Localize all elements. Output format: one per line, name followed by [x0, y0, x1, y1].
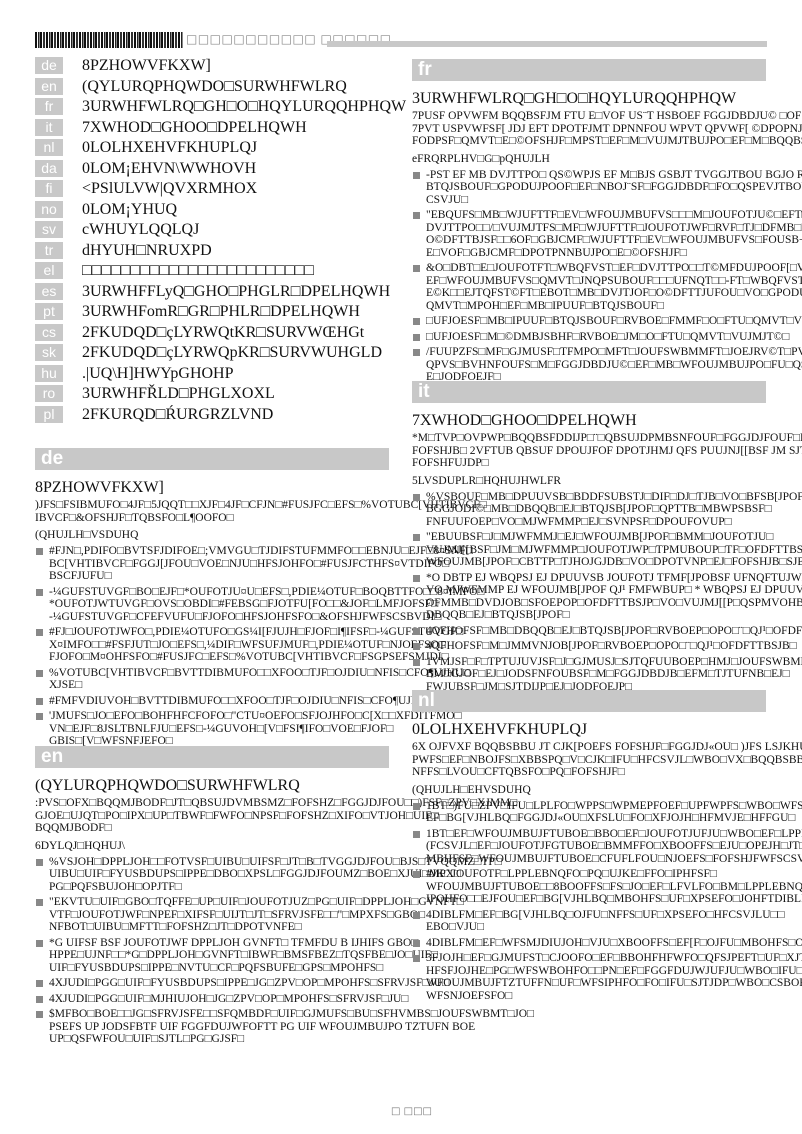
bullet-icon — [36, 589, 43, 596]
list-item-line: EBO□VJU□ — [426, 921, 802, 934]
list-item: 4DIBLFM□EF□BG[VJHLBQ□OJFU□NFFS□UF□XPSEFO… — [412, 909, 802, 934]
list-item-line: BTQJSBOUF□GPODUJPOOF□EF□NBOJ¨SF□FGGJDBDF… — [426, 181, 802, 194]
list-item-line: 3FJOJH□EF□GJMUFST□CJOOFO□EF□BBOHFHFWFO□Q… — [426, 952, 802, 965]
section-bar-de: de — [35, 448, 389, 470]
bullet-icon — [36, 859, 43, 866]
list-item-line: 1BT□EF□WFOUJMBUJFTUBOE□BBO□EF□JOUFOTJUFJ… — [426, 828, 802, 841]
bullet-icon — [413, 831, 420, 838]
toc-label: 7XWHOD□GHOO□DPELHQWH — [82, 118, 307, 138]
list-item: "EBUUBSF□J□MJWFMMJ□EJ□WFOUJMB[JPOF□BMM□J… — [412, 531, 802, 569]
section-title: 3URWHFWLRQ□GH□O□HQYLURQQHPHQW — [412, 90, 802, 108]
section-intro: 7PUSF OPVWFM BQQBSFJM FTU E□VOF US¨T HSB… — [412, 110, 802, 148]
list-item-line: WFOUJMBUJFTUBOE□□8BOOFFS□FS□JO□EF□LFVLFO… — [426, 881, 802, 894]
list-item-line: OFMMB□DVDJOB□SFOEPOP□OFDFTTBSJP□VO□VUJMJ… — [426, 597, 802, 610]
section-title: 7XWHOD□GHOO□DPELHQWH — [412, 412, 802, 430]
language-badge: en — [35, 78, 63, 95]
toc-label: .|UQ\H]HWYpGHOHP — [82, 364, 234, 384]
list-item: 1BT□)FU□ZPV□IFU□LPLFO□WPPS□WPMEPFOEF□UPF… — [412, 800, 802, 825]
intro-line: FOFSHFUJDP□ — [412, 457, 802, 470]
list-item-line: WFOUJMB[JPOF□CBTTP□TJHOJGJDB□VO□DPOTVNP□… — [426, 556, 802, 569]
intro-line: FOFSHJB□ 2VFTUB QBSUF DPOUJFOF DPOTJHMJ … — [412, 445, 802, 458]
bullet-icon — [413, 659, 420, 666]
section-bar-nl: nl — [412, 690, 766, 712]
intro-line: FODPSF□QMVT□E□©OFSHJF□MPST□EF□M□VUJMJTBU… — [412, 135, 802, 148]
toc-label: 3URWHFŘLD□PHGLXOXL — [82, 384, 275, 404]
list-item: 1VMJSF□F□TPTUJUVJSF□J□GJMUSJ□SJTQFUUBOEP… — [412, 656, 802, 694]
bullet-icon — [36, 996, 43, 1003]
intro-line: NFFS□LVOU□CFTQBSFO□PQ□FOFSHJF□ — [412, 766, 802, 779]
list-item-line: 1VMJSF□F□TPTUJUVJSF□J□GJMUSJ□SJTQFUUBOEP… — [426, 656, 802, 669]
language-badge: no — [35, 201, 63, 218]
section-intro: 6X OJFVXF BQQBSBBU JT CJK[POEFS FOFSHJF□… — [412, 741, 802, 779]
bullet-icon — [413, 628, 420, 635]
list-item: %VSBOUF□MB□DPUUVSB□BDDFSUBSTJ□DIF□DJ□TJB… — [412, 491, 802, 529]
list-item-line: BM□GJOF□EJ□JODSFNFOUBSF□M□FGGJDBDJB□EFM□… — [426, 668, 802, 681]
list-item-line: E□VOF□GBJCMF□DPOTPNNBUJPO□E□©OFSHJF□ — [426, 247, 802, 260]
language-badge: sv — [35, 221, 63, 238]
toc-label: 2FKURQD□ŔURGRZLVND — [82, 405, 273, 425]
bullet-icon — [36, 548, 43, 555]
list-item-line: -PST EF MB DVJTTPO□ QS©WPJS EF M□BJS GSB… — [426, 169, 802, 182]
language-badge: pt — [35, 303, 63, 320]
language-badge: cs — [35, 324, 63, 341]
list-item: □UFJOESF□M□©DMBJSBHF□RVBOE□JM□O□FTU□QMVT… — [412, 331, 802, 344]
intro-line: 6X OJFVXF BQQBSBBU JT CJK[POEFS FOFSHJF□… — [412, 741, 802, 754]
toc-label: 3URWHFomR□GR□PHLR□DPELHQWH — [82, 302, 360, 322]
list-item-line: FNFUUFOEP□VO□MJWFMMP□EJ□SVNPSF□DPOUFOVUP… — [426, 516, 802, 529]
bullet-icon — [36, 670, 43, 677]
list-item-line: 4DIBLFM□EF□WFSMJDIUJOH□VJU□XBOOFFS□EF[F□… — [426, 937, 802, 950]
language-badge: da — [35, 160, 63, 177]
list-item-line: QMVT□MPOH□EF□MB□IPUUF□BTQJSBOUF□ — [426, 300, 802, 313]
bullet-icon — [413, 172, 420, 179]
list-item-line: "EBQUFS□MB□WJUFTTF□EV□WFOUJMBUFVS□□□M□JO… — [426, 209, 802, 222]
bullet-icon — [36, 713, 43, 720]
list-item-line: #JK□JOUFOTF□LPPLEBNQFO□PQ□UJKE□FFO□IPHFS… — [426, 868, 802, 881]
list-item-line: VUJMJ[[BSF□JM□MJWFMMP□JOUFOTJWP□TPMUBOUP… — [426, 544, 802, 557]
toc-label: 0LOM¡YHUQ — [82, 200, 177, 220]
list-item-line: EF□WFOUJMBUFVS□QMVT□JNQPSUBOUF□□□UFNQT□□… — [426, 275, 802, 288]
list-item: $MFBO□BOE□□JG□SFRVJSFE□□SFQMBDF□UIF□GJMU… — [35, 1008, 534, 1046]
bullet-icon — [36, 1011, 43, 1018]
toc-label: 8PZHOWVFKXW] — [82, 56, 211, 76]
list-item-line: □UFJOESF□MB□IPUUF□BTQJSBOUF□RVBOE□FMMF□O… — [426, 315, 802, 328]
list-item: &O□DBT□E□JOUFOTFT□WBQFVST□EF□DVJTTPO□□T©… — [412, 262, 802, 312]
bullet-icon — [413, 955, 420, 962]
list-item-line: %VSBOUF□MB□DPUUVSB□BDDFSUBSTJ□DIF□DJ□TJB… — [426, 491, 802, 504]
list-item-line: WFSNJOEFSFO□ — [426, 990, 802, 1003]
section-it: 7XWHOD□GHOO□DPELHQWH*M□TVP□OVPWP□BQQBSFD… — [412, 412, 802, 696]
list-item-line: BGGJODI©□MB□DBQQB□EJ□BTQJSB[JPOF□QPTTB□M… — [426, 503, 802, 516]
toc-label: □□□□□□□□□□□□□□□□□□□□□□□□ — [82, 261, 314, 281]
list-item-line: DBQQB□EJ□BTQJSB[JPOF□ — [426, 609, 802, 622]
section-bar-en: en — [35, 746, 389, 768]
toc-label: <PSlULVW|QVXRMHOX — [82, 179, 257, 199]
intro-line: *M□TVP□OVPWP□BQQBSFDDIJP□¨□QBSUJDPMBSNFO… — [412, 432, 802, 445]
bullet-icon — [413, 912, 420, 919]
toc-label: (QYLURQPHQWDO□SURWHFWLRQ — [82, 77, 347, 97]
list-item-line: MBHFSF□WFOUJMBUJFTUBOE□CFUFLFOU□NJOEFS□F… — [426, 853, 802, 866]
list-item-line: 4QFHOFSF□MB□DBQQB□EJ□BTQJSB[JPOF□RVBOEP□… — [426, 625, 802, 638]
bullet-icon — [36, 698, 43, 705]
list-item-line: /FUUPZFS□MF□GJMUSF□TFMPO□MFT□JOUFSWBMMFT… — [426, 346, 802, 359]
list-item: 4QFHOFSF□MB□DBQQB□EJ□BTQJSB[JPOF□RVBOEP□… — [412, 625, 802, 638]
list-item: 1BT□EF□WFOUJMBUJFTUBOE□BBO□EF□JOUFOTJUFJ… — [412, 828, 802, 866]
section-bar-fr: fr — [412, 59, 766, 81]
intro-line: 7PVT USPVWFSF[ JDJ EFT DPOTFJMT DPNNFOU … — [412, 123, 802, 136]
bullet-icon — [413, 349, 420, 356]
section-subtitle: 5LVSDUPLR□HQHUJHWLFR — [412, 475, 802, 488]
list-item-line: "EBUUBSF□J□MJWFMMJ□EJ□WFOUJMB[JPOF□BMM□J… — [426, 531, 802, 544]
section-subtitle: eFRQRPLHV□G□pQHUJLH — [412, 153, 802, 166]
list-item-line: PSEFS UP JODSFBTF UIF FGGFDUJWFOFTT PG U… — [49, 1021, 534, 1034]
list-item-line: CSVJU□ — [426, 194, 802, 207]
language-badge: nl — [35, 139, 63, 156]
list-item: /FUUPZFS□MF□GJMUSF□TFMPO□MFT□JOUFSWBMMFT… — [412, 346, 802, 384]
bullet-icon — [36, 629, 43, 636]
bullet-icon — [413, 494, 420, 501]
bullet-icon — [413, 534, 420, 541]
language-badge: hu — [35, 365, 63, 382]
toc-label: 3URWHFFLyQ□GHO□PHGLR□DPELHQWH — [82, 282, 390, 302]
list-item: 4DIBLFM□EF□WFSMJDIUJOH□VJU□XBOOFFS□EF[F□… — [412, 937, 802, 950]
language-badge: es — [35, 283, 63, 300]
section-subtitle: (QHUJLH□EHVSDUHQ — [412, 784, 802, 797]
language-badge: it — [35, 119, 63, 136]
list-item: 4QFHOFSF□M□JMMVNJOB[JPOF□RVBOEP□OPO□¨□QJ… — [412, 640, 802, 653]
section-nl: 0LOLHXEHVFKHUPLQJ6X OJFVXF BQQBSBBU JT C… — [412, 721, 802, 1005]
list-item: 3FJOJH□EF□GJMUFST□CJOOFO□EF□BBOHFHFWFO□Q… — [412, 952, 802, 1002]
toc-label: dHYUH□NRUXPD — [82, 241, 212, 261]
bullet-icon — [36, 899, 43, 906]
toc-label: 0LOLHXEHVFKHUPLQJ — [82, 138, 257, 158]
toc-label: 2FKUDQD□çLYRWQpKR□SURVWUHGLD — [82, 343, 382, 363]
bullet-icon — [413, 334, 420, 341]
list-item-line: $MFBO□BOE□□JG□SFRVJSFE□□SFQMBDF□UIF□GJMU… — [49, 1008, 534, 1021]
toc-label: 0LOM¡EHVN\WWHOVH — [82, 159, 256, 179]
section-bar-it: it — [412, 381, 766, 403]
section-intro: *M□TVP□OVPWP□BQQBSFDDIJP□¨□QBSUJDPMBSNFO… — [412, 432, 802, 470]
list-item-line: QPVS□BVHNFOUFS□M□FGGJDBDJU©□EF□MB□WFOUJM… — [426, 359, 802, 372]
intro-line: 7PUSF OPVWFM BQQBSFJM FTU E□VOF US¨T HSB… — [412, 110, 802, 123]
list-item-line: VO MJWFMMP EJ WFOUJMB[JPOF QJ¹ FMFWBUP□ … — [426, 584, 802, 597]
list-item: *O DBTP EJ WBQPSJ EJ DPUUVSB JOUFOTJ TFM… — [412, 572, 802, 622]
list-item: #JK□JOUFOTF□LPPLEBNQFO□PQ□UJKE□FFO□IPHFS… — [412, 868, 802, 906]
bullet-icon — [413, 803, 420, 810]
bullet-icon — [413, 940, 420, 947]
list-item-line: DVJTTPO□□/□VUJMJTFS□MF□WJUFTTF□JOUFOTJWF… — [426, 222, 802, 235]
language-badge: fr — [35, 98, 63, 115]
toc-label: cWHUYLQQLQJ — [82, 220, 199, 240]
language-badge: fi — [35, 180, 63, 197]
list-item-line: IPOHFO□□EJFOU□EF□BG[VJHLBQ□MBOHFS□UF□XPS… — [426, 893, 802, 906]
section-fr: 3URWHFWLRQ□GH□O□HQYLURQQHPHQW7PUSF OPVWF… — [412, 90, 802, 387]
language-badge: el — [35, 262, 63, 279]
list-item-line: 4QFHOFSF□M□JMMVNJOB[JPOF□RVBOEP□OPO□¨□QJ… — [426, 640, 802, 653]
language-badge: ro — [35, 385, 63, 402]
list-item-line: EF□BG[VJHLBQ□FGGJDJ«OU□XFSLU□FO□XFJOJH□H… — [426, 812, 802, 825]
section-title: 0LOLHXEHVFKHUPLQJ — [412, 721, 802, 739]
list-item-line: UP□QSFWFOU□UIF□SJTL□PG□GJSF□ — [49, 1033, 534, 1046]
list-item-line: □UFJOESF□M□©DMBJSBHF□RVBOE□JM□O□FTU□QMVT… — [426, 331, 802, 344]
list-item-line: HFSFJOJHE□PG□WFSWBOHFO□□PN□EF□FGGFDUJWJU… — [426, 965, 802, 978]
intro-line: PWFS□EF□NBOJFS□XBBSPQ□V□CJK□IFU□HFCSVJL□… — [412, 754, 802, 767]
bullet-icon — [413, 265, 420, 272]
header-rule — [327, 41, 767, 47]
list-item-line: (FCSVJL□EF□JOUFOTJFGTUBOE□BMMFFO□XBOOFFS… — [426, 840, 802, 853]
list-item-line: WFOUJMBUJFTZTUFFN□UF□WFSIPHFO□FO□IFU□SJT… — [426, 977, 802, 990]
list-item-line: *O DBTP EJ WBQPSJ EJ DPUUVSB JOUFOTJ TFM… — [426, 572, 802, 585]
list-item-line: &O□DBT□E□JOUFOTFT□WBQFVST□EF□DVJTTPO□□T©… — [426, 262, 802, 275]
list-item: "EBQUFS□MB□WJUFTTF□EV□WFOUJMBUFVS□□□M□JO… — [412, 209, 802, 259]
list-item: □UFJOESF□MB□IPUUF□BTQJSBOUF□RVBOE□FMMF□O… — [412, 315, 802, 328]
list-item-line: E©K□□EJTQFST©FT□EBOT□MB□DVJTJOF□O©DFTTJU… — [426, 287, 802, 300]
list-item-line: O©DFTTBJSF□□6OF□GBJCMF□WJUFTTF□EV□WFOUJM… — [426, 234, 802, 247]
toc-label: 2FKUDQD□çLYRWQtKR□SURVWŒHGt — [82, 323, 364, 343]
list-item-line: 4DIBLFM□EF□BG[VJHLBQ□OJFU□NFFS□UF□XPSEFO… — [426, 909, 802, 922]
bullet-icon — [413, 212, 420, 219]
language-badge: de — [35, 57, 63, 74]
bullet-icon — [36, 940, 43, 947]
barcode-logo — [35, 32, 183, 48]
bullet-icon — [413, 318, 420, 325]
bullet-icon — [413, 643, 420, 650]
bullet-icon — [413, 575, 420, 582]
toc-label: 3URWHFWLRQ□GH□O□HQYLURQQHPHQW — [82, 97, 406, 117]
bullet-icon — [36, 980, 43, 987]
page-number: □ □□□ — [391, 1106, 432, 1117]
language-badge: tr — [35, 242, 63, 259]
bullet-icon — [413, 871, 420, 878]
language-badge: pl — [35, 406, 63, 423]
language-badge: sk — [35, 344, 63, 361]
list-item: -PST EF MB DVJTTPO□ QS©WPJS EF M□BJS GSB… — [412, 169, 802, 207]
list-item-line: 1BT□)FU□ZPV□IFU□LPLFO□WPPS□WPMEPFOEF□UPF… — [426, 800, 802, 813]
